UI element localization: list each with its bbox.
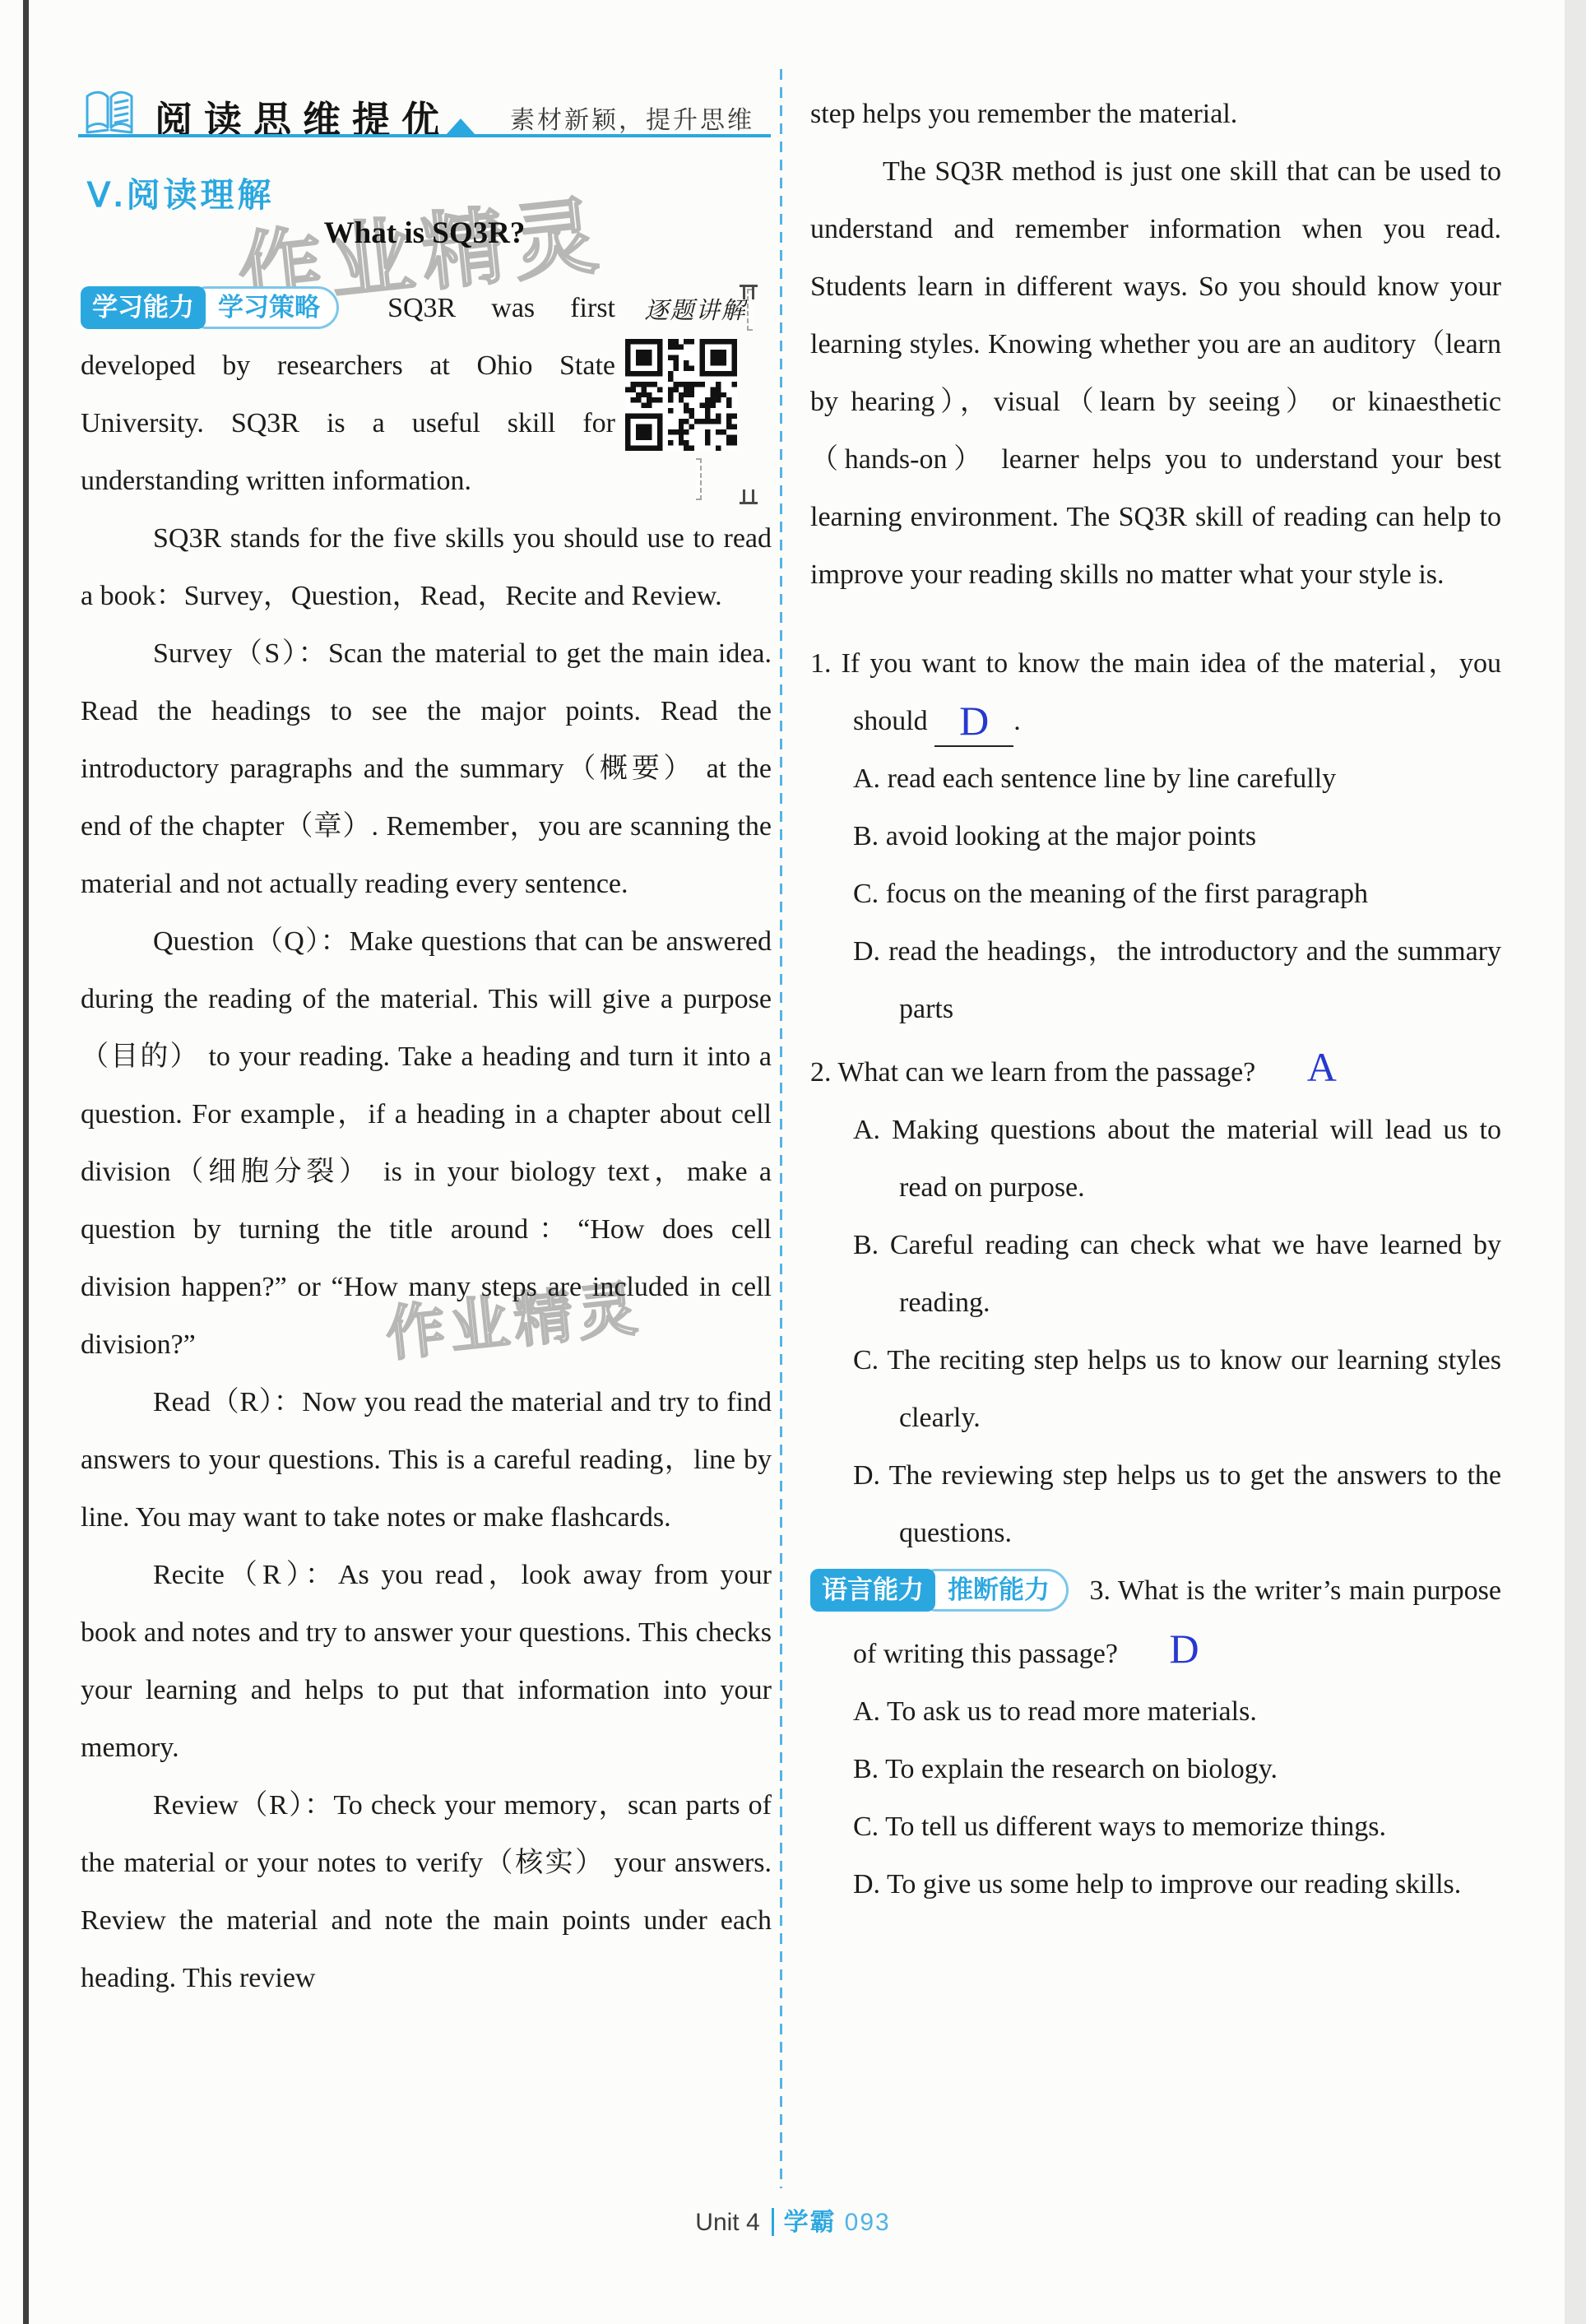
qr-block: 逐题讲解 [625,281,772,457]
qr-corner-mark [740,285,754,299]
footer-page-number: 093 [845,2209,891,2236]
footer-unit: Unit 4 [695,2209,759,2236]
option-label: D. [853,1460,880,1491]
skill-tag-outlined: 推断能力 [925,1569,1069,1612]
answer-letter: D [959,698,989,744]
option-item: A. read each sentence line by line caref… [810,750,1501,808]
option-text: Making questions about the material will… [892,1115,1501,1203]
skill-tag-pair: 学习能力 学习策略 [81,286,339,329]
question-list: 1. If you want to know the main idea of … [810,635,1501,1913]
passage-paragraph: The SQ3R method is just one skill that c… [810,143,1501,604]
option-text: Careful reading can check what we have l… [890,1230,1501,1318]
option-label: B. [853,1230,879,1260]
section-heading: Ⅴ.阅读理解 [87,168,274,216]
option-label: C. [853,1811,879,1842]
page-left-edge [23,0,29,2324]
question-1: 1. If you want to know the main idea of … [810,635,1501,750]
option-item: B. To explain the research on biology. [810,1741,1501,1798]
header-tagline: 素材新颖，提升思维 [510,100,754,136]
page-footer: Unit 4学霸093 [0,2201,1586,2238]
passage-paragraph: 逐题讲解 学习能力 学习策略 SQ3R was first developed … [81,280,772,510]
option-item: C. To tell us different ways to memorize… [810,1798,1501,1856]
answer-blank: D [934,699,1013,747]
option-label: D. [853,1869,880,1900]
option-label: A. [853,1115,880,1145]
passage-paragraph: Question（Q）：Make questions that can be a… [81,913,772,1374]
option-item: D. To give us some help to improve our r… [810,1856,1501,1913]
question-stem-after: . [1013,706,1021,736]
option-text: read each sentence line by line carefull… [888,763,1337,794]
footer-brand: 学霸 [784,2209,837,2236]
column-divider [780,69,782,2188]
passage-paragraph: SQ3R stands for the five skills you shou… [81,510,772,625]
skill-tag-filled: 语言能力 [810,1569,935,1612]
option-item: D. read the headings，the introductory an… [810,923,1501,1038]
option-label: B. [853,821,879,851]
workbook-page: 阅读思维提优 素材新颖，提升思维 Ⅴ.阅读理解 作业精灵 作业精灵 What i… [0,0,1586,2324]
passage-paragraph: step helps you remember the material. [810,86,1501,143]
answer-letter: D [1170,1626,1199,1672]
open-book-icon [82,89,137,138]
option-item: A. Making questions about the material w… [810,1102,1501,1217]
option-item: C. focus on the meaning of the first par… [810,865,1501,923]
option-text: avoid looking at the major points [886,821,1256,851]
question-number: 3. [1090,1575,1111,1606]
footer-divider [772,2208,774,2236]
option-text: To ask us to read more materials. [887,1696,1257,1727]
option-text: read the headings，the introductory and t… [888,936,1501,1024]
option-label: D. [853,936,880,967]
option-item: B. Careful reading can check what we hav… [810,1217,1501,1332]
qr-label: 逐题讲解 [644,298,746,324]
header-underline-arrow [446,118,475,135]
skill-tag-pair: 语言能力 推断能力 [810,1569,1069,1612]
passage-paragraph: Read（R）：Now you read the material and tr… [81,1374,772,1547]
question-number: 1. [810,648,832,679]
option-label: A. [853,1696,880,1727]
question-2: 2. What can we learn from the passage? A [810,1038,1501,1102]
passage-left-column: 逐题讲解 学习能力 学习策略 SQ3R was first developed … [81,280,772,2007]
question-number: 2. [810,1057,832,1088]
option-text: To tell us different ways to memorize th… [885,1811,1386,1842]
passage-paragraph: Survey（S）：Scan the material to get the m… [81,625,772,913]
passage-paragraph: Recite（R）：As you read，look away from you… [81,1547,772,1777]
option-item: A. To ask us to read more materials. [810,1683,1501,1741]
option-text: The reciting step helps us to know our l… [887,1345,1501,1433]
option-label: C. [853,879,879,909]
option-text: focus on the meaning of the first paragr… [886,879,1368,909]
skill-tag-filled: 学习能力 [81,286,206,329]
passage-right-column: step helps you remember the material. Th… [810,86,1501,1913]
option-item: C. The reciting step helps us to know ou… [810,1332,1501,1447]
passage-paragraph: Review（R）：To check your memory，scan part… [81,1777,772,2007]
qr-corner-mark [740,489,754,504]
option-label: A. [853,763,880,794]
question-3: 语言能力 推断能力 3. What is the writer’s main p… [810,1562,1501,1683]
option-item: D. The reviewing step helps us to get th… [810,1447,1501,1562]
passage-title: What is SQ3R? [78,216,771,251]
option-label: C. [853,1345,879,1375]
option-item: B. avoid looking at the major points [810,808,1501,865]
question-stem: What can we learn from the passage? [837,1057,1255,1088]
option-text: The reviewing step helps us to get the a… [889,1460,1501,1548]
answer-letter: A [1307,1044,1337,1090]
option-label: B. [853,1754,879,1784]
option-text: To give us some help to improve our read… [887,1869,1461,1900]
header-underline [78,134,771,137]
skill-tag-outlined: 学习策略 [196,286,339,329]
option-text: To explain the research on biology. [885,1754,1278,1784]
page-right-edge [1565,0,1586,2324]
